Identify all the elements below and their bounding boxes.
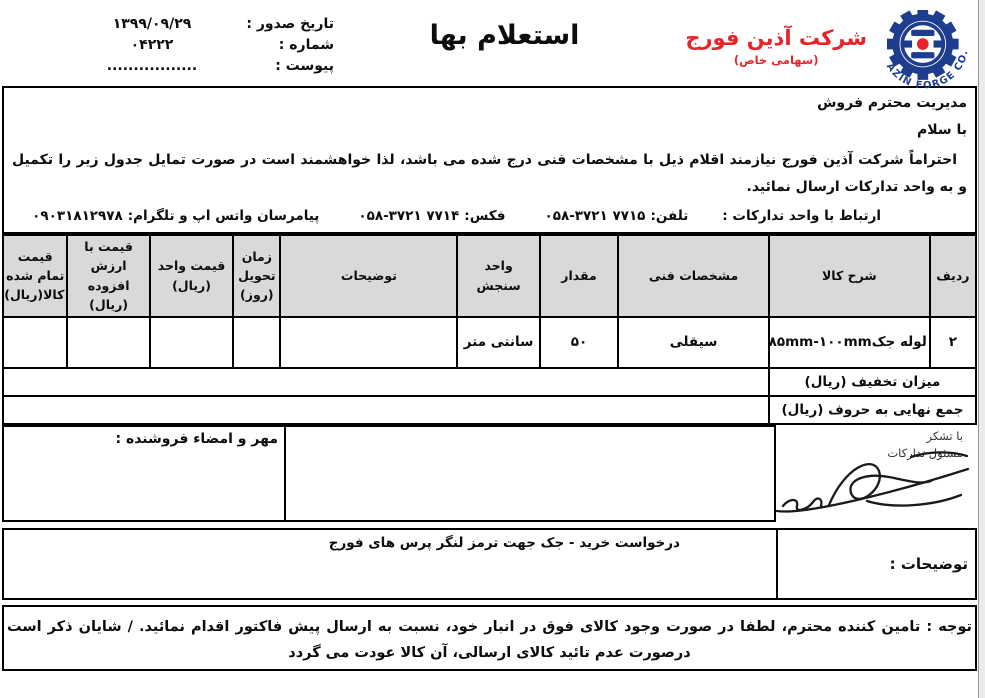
procurement-contact-line: ارتباط با واحد تدارکات :تلفن:۰۵۸-۳۷۲۱ ۷۷… [12, 208, 967, 224]
issue-date-label: تاریخ صدور : [232, 16, 334, 32]
item-price-with-vat [67, 317, 149, 368]
signature-section: با تشکر مسئول تدارکات مهر و امضاء فروشند… [2, 425, 977, 522]
item-unit-price [150, 317, 233, 368]
thanks-label: با تشکر [776, 428, 963, 445]
fax-label: فکس: [464, 208, 505, 224]
discount-label: میزان تخفیف (ریال) [769, 368, 976, 396]
final-sum-label: جمع نهایی به حروف (ریال) [769, 396, 976, 424]
col-header-quantity: مقدار [540, 235, 618, 317]
col-header-row-no: ردیف [930, 235, 976, 317]
remarks-content: درخواست خرید - جک جهت ترمز لنگر پرس های … [4, 530, 776, 598]
remarks-label: توضیحات : [776, 530, 975, 598]
item-size: ۸۵mm-۱۰۰mm [769, 334, 872, 350]
seller-seal-label: مهر و امضاء فروشنده : [4, 427, 286, 520]
discount-value [3, 368, 769, 396]
item-name: لوله جک [872, 334, 927, 350]
col-header-notes: توضیحات [280, 235, 457, 317]
remarks-box: توضیحات : درخواست خرید - جک جهت ترمز لنگ… [2, 528, 977, 600]
col-header-unit-price: قیمت واحد (ریال) [150, 235, 233, 317]
handwritten-signature-icon [771, 449, 973, 521]
final-sum-row: جمع نهایی به حروف (ریال) [3, 396, 976, 424]
messenger-label: پیامرسان واتس اپ و تلگرام: [128, 208, 320, 224]
col-header-item-description: شرح کالا [769, 235, 930, 317]
greeting-salutation: با سلام [12, 122, 967, 138]
document-number-value: ۰۴۲۲۲ [72, 37, 232, 53]
col-header-price-with-vat: قیمت با ارزش افزوده (ریال) [67, 235, 149, 317]
item-delivery-days [233, 317, 280, 368]
seller-seal-box: مهر و امضاء فروشنده : [2, 425, 776, 522]
fax-number: ۰۵۸-۳۷۲۱ ۷۷۱۴ [358, 208, 459, 224]
issue-date-value: ۱۳۹۹/۰۹/۲۹ [72, 16, 232, 32]
request-paragraph: احتراماً شرکت آذین فورج نیازمند اقلام ذی… [12, 147, 967, 202]
greeting-recipient: مدیریت محترم فروش [12, 95, 967, 111]
scan-page-edge [978, 0, 985, 698]
price-inquiry-document: تاریخ صدور : ۱۳۹۹/۰۹/۲۹ شماره : ۰۴۲۲۲ پی… [0, 0, 985, 698]
supplier-notice: توجه : تامین کننده محترم، لطفا در صورت و… [2, 605, 977, 671]
company-type-label: (سهامی خاص) [685, 53, 867, 67]
phone-number: ۰۵۸-۳۷۲۱ ۷۷۱۵ [544, 208, 645, 224]
document-number-row: شماره : ۰۴۲۲۲ [34, 37, 334, 53]
table-header-row: ردیف شرح کالا مشخصات فنی مقدار واحد سنجش… [3, 235, 976, 317]
document-meta-block: تاریخ صدور : ۱۳۹۹/۰۹/۲۹ شماره : ۰۴۲۲۲ پی… [34, 10, 334, 79]
page-title: استعلام بها [334, 10, 735, 51]
col-header-delivery-days: زمان تحویل (روز) [233, 235, 280, 317]
item-total-price [3, 317, 67, 368]
item-row: ۲ لوله جک۸۵mm-۱۰۰mm سیقلی ۵۰ سانتی متر [3, 317, 976, 368]
final-sum-value [3, 396, 769, 424]
phone-label: تلفن: [650, 208, 688, 224]
col-header-unit: واحد سنجش [457, 235, 539, 317]
item-quantity: ۵۰ [540, 317, 618, 368]
contact-label: ارتباط با واحد تدارکات : [722, 208, 881, 224]
company-name-fa: شرکت آذین فورج [685, 26, 867, 50]
attachment-label: پیوست : [232, 58, 334, 74]
inquiry-table: ردیف شرح کالا مشخصات فنی مقدار واحد سنجش… [2, 234, 977, 425]
item-tech-spec: سیقلی [618, 317, 769, 368]
col-header-total-price: قیمت تمام شده کالا(ریال) [3, 235, 67, 317]
item-unit: سانتی متر [457, 317, 539, 368]
issue-date-row: تاریخ صدور : ۱۳۹۹/۰۹/۲۹ [34, 16, 334, 32]
attachment-row: پیوست : ................. [34, 58, 334, 74]
item-row-no: ۲ [930, 317, 976, 368]
item-description: لوله جک۸۵mm-۱۰۰mm [769, 317, 930, 368]
discount-row: میزان تخفیف (ریال) [3, 368, 976, 396]
attachment-value: ................. [72, 58, 232, 74]
document-number-label: شماره : [232, 37, 334, 53]
intro-box: مدیریت محترم فروش با سلام احتراماً شرکت … [2, 86, 977, 234]
item-notes [280, 317, 457, 368]
messenger-number: ۰۹۰۳۱۸۱۲۹۷۸ [32, 208, 123, 224]
company-logo: شرکت آذین فورج (سهامی خاص) [735, 10, 973, 96]
col-header-tech-spec: مشخصات فنی [618, 235, 769, 317]
company-name-block: شرکت آذین فورج (سهامی خاص) [685, 10, 867, 67]
document-header: تاریخ صدور : ۱۳۹۹/۰۹/۲۹ شماره : ۰۴۲۲۲ پی… [0, 0, 985, 86]
company-logo-gear-icon: AZIN FORGE CO. [869, 10, 973, 96]
seller-seal-empty-area [286, 427, 774, 520]
